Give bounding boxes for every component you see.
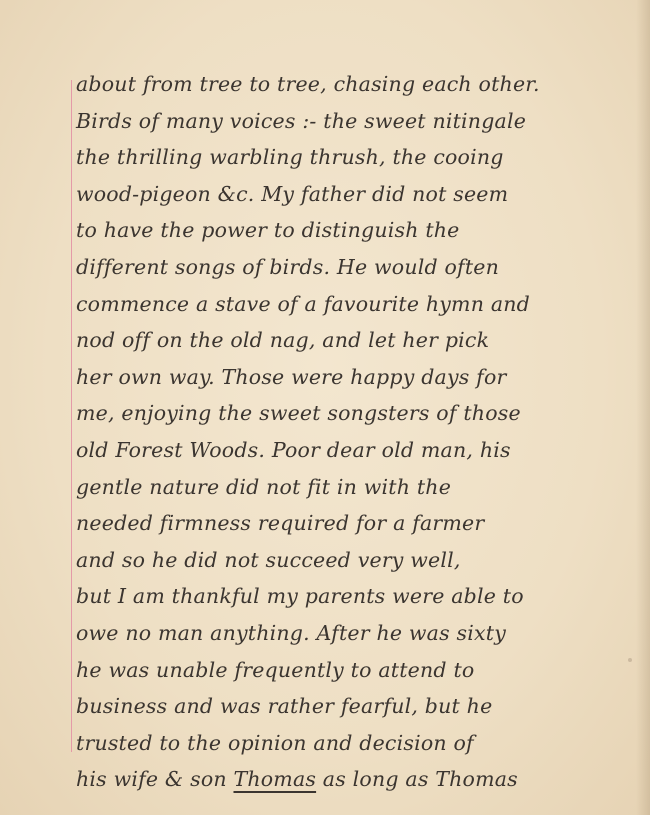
- manuscript-page: about from tree to tree, chasing each ot…: [0, 0, 650, 815]
- text-line: business and was rather fearful, but he: [76, 688, 646, 725]
- text-line: owe no man anything. After he was sixty: [76, 615, 646, 652]
- text-line: Birds of many voices :- the sweet niting…: [76, 103, 646, 140]
- text-line: and so he did not succeed very well,: [76, 542, 646, 579]
- text-line: trusted to the opinion and decision of: [76, 725, 646, 762]
- text-line: the thrilling warbling thrush, the cooin…: [76, 139, 646, 176]
- text-line: needed firmness required for a farmer: [76, 505, 646, 542]
- text-fragment: as long as Thomas: [316, 767, 518, 791]
- text-line: about from tree to tree, chasing each ot…: [76, 66, 646, 103]
- text-line: to have the power to distinguish the: [76, 212, 646, 249]
- underlined-name: Thomas: [233, 767, 316, 791]
- text-line: nod off on the old nag, and let her pick: [76, 322, 646, 359]
- text-line: different songs of birds. He would often: [76, 249, 646, 286]
- text-line: he was unable frequently to attend to: [76, 652, 646, 689]
- text-line: wood-pigeon &c. My father did not seem: [76, 176, 646, 213]
- text-line: her own way. Those were happy days for: [76, 359, 646, 396]
- text-line: commence a stave of a favourite hymn and: [76, 286, 646, 323]
- text-line-last: his wife & son Thomas as long as Thomas: [76, 761, 646, 798]
- text-fragment: his wife & son: [76, 767, 233, 791]
- handwritten-text: about from tree to tree, chasing each ot…: [76, 66, 646, 798]
- text-line: gentle nature did not fit in with the: [76, 469, 646, 506]
- text-line: but I am thankful my parents were able t…: [76, 578, 646, 615]
- text-line: old Forest Woods. Poor dear old man, his: [76, 432, 646, 469]
- margin-rule: [71, 80, 72, 752]
- text-line: me, enjoying the sweet songsters of thos…: [76, 395, 646, 432]
